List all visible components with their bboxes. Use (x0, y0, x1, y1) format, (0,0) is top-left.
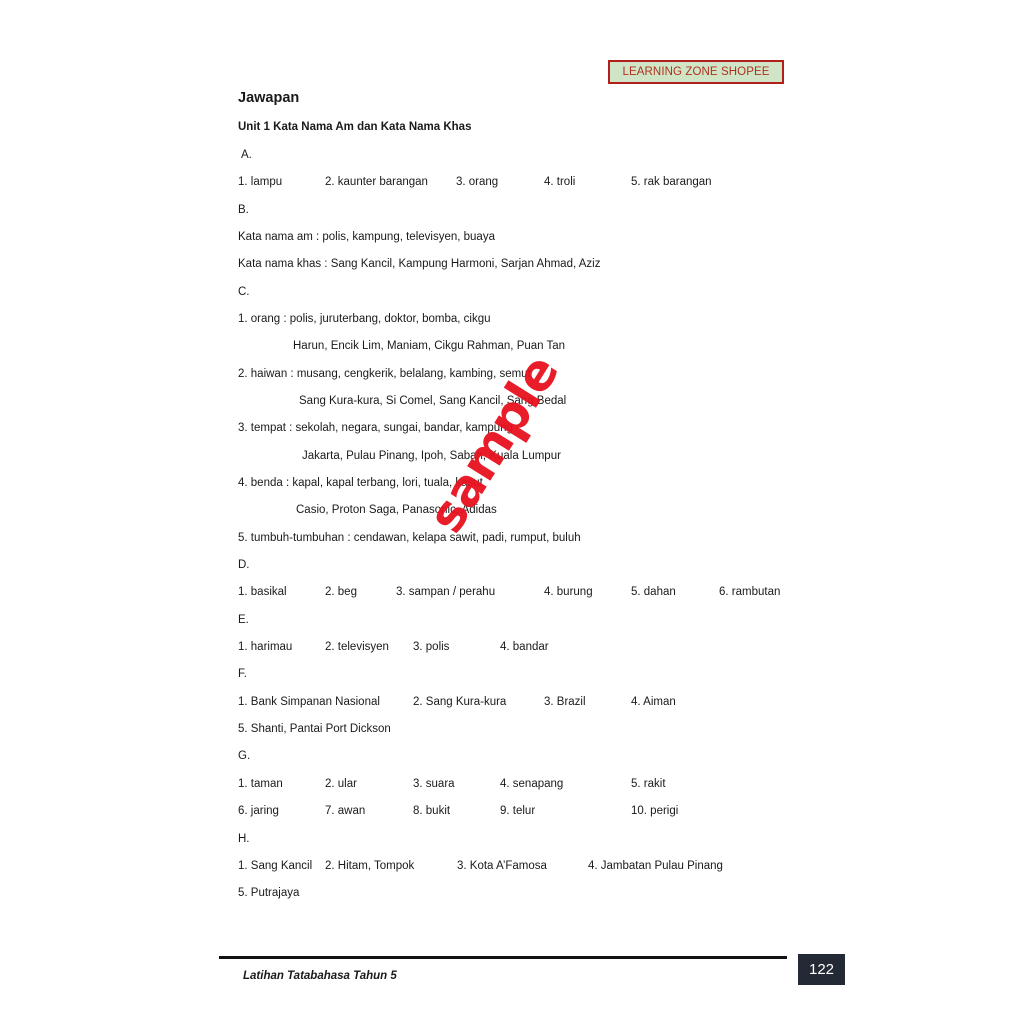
answer-line: Harun, Encik Lim, Maniam, Cikgu Rahman, … (293, 340, 565, 352)
answer-item: 7. awan (325, 805, 365, 817)
answer-item: 1. Sang Kancil (238, 860, 312, 872)
answer-item: 2. kaunter barangan (325, 176, 428, 188)
answer-item: 3. orang (456, 176, 498, 188)
answer-item: 4. senapang (500, 778, 563, 790)
answer-line: Kata nama khas : Sang Kancil, Kampung Ha… (238, 258, 600, 270)
answer-line: 2. haiwan : musang, cengkerik, belalang,… (238, 368, 531, 380)
answer-line: 5. tumbuh-tumbuhan : cendawan, kelapa sa… (238, 532, 581, 544)
section-b-label: B. (238, 204, 249, 216)
unit-title: Unit 1 Kata Nama Am dan Kata Nama Khas (238, 121, 471, 133)
answer-item: 3. Kota A’Famosa (457, 860, 547, 872)
section-g-label: G. (238, 750, 250, 762)
page-number: 122 (798, 954, 845, 985)
section-f-label: F. (238, 668, 247, 680)
section-h-label: H. (238, 833, 250, 845)
answer-item: 5. rakit (631, 778, 666, 790)
answer-item: 5. rak barangan (631, 176, 712, 188)
answer-line: 4. benda : kapal, kapal terbang, lori, t… (238, 477, 483, 489)
answer-item: 1. lampu (238, 176, 282, 188)
answer-item: 5. dahan (631, 586, 676, 598)
answer-item: 2. Hitam, Tompok (325, 860, 414, 872)
answer-item: 10. perigi (631, 805, 678, 817)
answer-item: 4. burung (544, 586, 593, 598)
answer-line: 1. orang : polis, juruterbang, doktor, b… (238, 313, 491, 325)
answer-item: 3. Brazil (544, 696, 586, 708)
page-title: Jawapan (238, 90, 299, 106)
footer-book-title: Latihan Tatabahasa Tahun 5 (243, 970, 397, 982)
answer-item: 3. suara (413, 778, 455, 790)
answer-line: Casio, Proton Saga, Panasonic, Adidas (296, 504, 497, 516)
answer-item: 8. bukit (413, 805, 450, 817)
section-a-label: A. (241, 149, 252, 161)
answer-line: Kata nama am : polis, kampung, televisye… (238, 231, 495, 243)
answer-item: 4. Jambatan Pulau Pinang (588, 860, 723, 872)
section-d-label: D. (238, 559, 250, 571)
answer-item: 1. taman (238, 778, 283, 790)
answer-item: 6. rambutan (719, 586, 780, 598)
answer-item: 2. Sang Kura-kura (413, 696, 506, 708)
answer-item: 1. Bank Simpanan Nasional (238, 696, 380, 708)
answer-item: 1. harimau (238, 641, 292, 653)
answer-item: 3. polis (413, 641, 449, 653)
answer-item: 4. troli (544, 176, 575, 188)
answer-line: 5. Putrajaya (238, 887, 299, 899)
footer-divider (219, 956, 787, 959)
answer-line: 5. Shanti, Pantai Port Dickson (238, 723, 391, 735)
answer-line: 3. tempat : sekolah, negara, sungai, ban… (238, 422, 513, 434)
brand-label: LEARNING ZONE SHOPEE (608, 60, 784, 84)
answer-line: Jakarta, Pulau Pinang, Ipoh, Sabah, Kual… (302, 450, 561, 462)
answer-item: 9. telur (500, 805, 535, 817)
section-c-label: C. (238, 286, 250, 298)
answer-item: 1. basikal (238, 586, 287, 598)
answer-line: Sang Kura-kura, Si Comel, Sang Kancil, S… (299, 395, 566, 407)
answer-item: 2. beg (325, 586, 357, 598)
section-e-label: E. (238, 614, 249, 626)
document-page: LEARNING ZONE SHOPEE Jawapan Unit 1 Kata… (0, 0, 1024, 1024)
answer-item: 4. bandar (500, 641, 549, 653)
answer-item: 2. televisyen (325, 641, 389, 653)
answer-item: 6. jaring (238, 805, 279, 817)
answer-item: 3. sampan / perahu (396, 586, 495, 598)
answer-item: 4. Aiman (631, 696, 676, 708)
answer-item: 2. ular (325, 778, 357, 790)
